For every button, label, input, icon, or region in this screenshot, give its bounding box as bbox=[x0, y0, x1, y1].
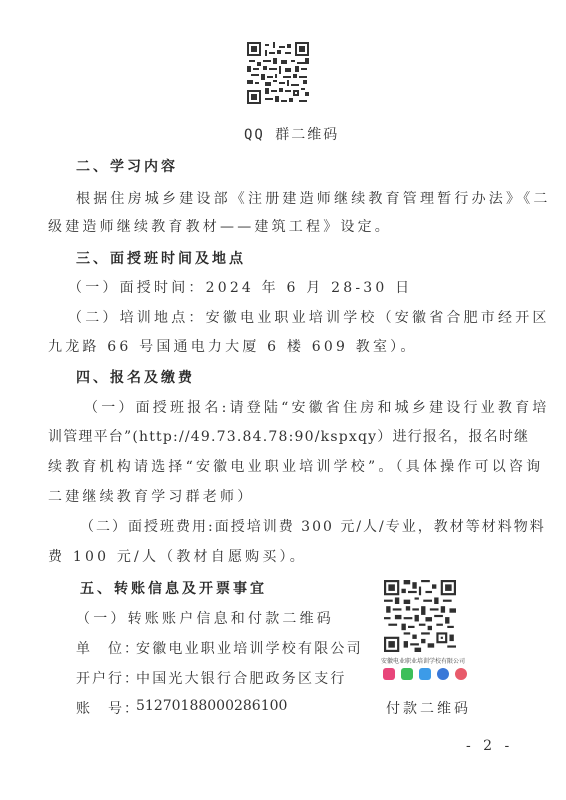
section5-transfer-info-title: （一）转账账户信息和付款二维码 bbox=[76, 608, 334, 628]
section2-paragraph-line-1: 根据住房城乡建设部《注册建造师继续教育管理暂行办法》《二 bbox=[76, 188, 551, 208]
qq-group-qr-code bbox=[247, 42, 309, 104]
unionpay-icon bbox=[383, 668, 395, 680]
payment-qr-code bbox=[384, 580, 456, 652]
account-bank-value: 中国光大银行合肥政务区支行 bbox=[136, 668, 347, 688]
page-number: - 2 - bbox=[466, 738, 513, 754]
wechat-pay-icon bbox=[401, 668, 413, 680]
qr-code-icon bbox=[247, 42, 309, 104]
section3-training-location-line-1: （二）培训地点：安徽电业职业培训学校（安徽省合肥市经开区 bbox=[68, 307, 550, 327]
other-pay-icon bbox=[455, 668, 467, 680]
section2-paragraph-line-2: 级建造师继续教育教材——建筑工程》设定。 bbox=[48, 216, 392, 236]
alipay-icon bbox=[419, 668, 431, 680]
section-heading-study-content: 二、学习内容 bbox=[76, 156, 178, 176]
section4-fees-line-1: （二）面授班费用:面授培训费 300 元/人/专业，教材等材料物料 bbox=[80, 516, 546, 536]
account-unit-value: 安徽电业职业培训学校有限公司 bbox=[136, 638, 363, 658]
section4-registration-line-2: 训管理平台”(http://49.73.84.78:90/kspxqy）进行报名… bbox=[48, 426, 529, 446]
section3-training-time: （一）面授时间：2024 年 6 月 28-30 日 bbox=[68, 277, 412, 297]
section-heading-registration-fees: 四、报名及缴费 bbox=[76, 367, 195, 387]
account-number-label: 账 号： bbox=[76, 698, 140, 718]
payment-qr-company-name: 安徽电业职业培训学校有限公司 bbox=[381, 656, 465, 665]
account-number-value: 51270188000286100 bbox=[136, 698, 287, 714]
account-bank-label: 开户行： bbox=[76, 668, 140, 688]
account-unit-label: 单 位： bbox=[76, 638, 140, 658]
section4-registration-line-3: 续教育机构请选择“安徽电业职业培训学校”。（具体操作可以咨询 bbox=[48, 456, 543, 476]
section4-fees-line-2: 费 100 元/人（教材自愿购买）。 bbox=[48, 546, 307, 566]
section4-registration-line-4: 二建继续教育学习群老师） bbox=[48, 486, 254, 506]
section4-registration-line-1: （一）面授班报名:请登陆“安徽省住房和城乡建设行业教育培 bbox=[84, 397, 549, 417]
payment-qr-caption: 付款二维码 bbox=[386, 698, 471, 718]
section-heading-transfer-invoice: 五、转账信息及开票事宜 bbox=[80, 578, 267, 598]
qr-code-icon bbox=[384, 580, 456, 652]
section3-training-location-line-2: 九龙路 66 号国通电力大厦 6 楼 609 教室）。 bbox=[48, 336, 418, 356]
qq-group-qr-caption: QQ 群二维码 bbox=[244, 124, 339, 144]
document-page: QQ 群二维码 二、学习内容 根据住房城乡建设部《注册建造师继续教育管理暂行办法… bbox=[0, 0, 566, 800]
section-heading-time-location: 三、面授班时间及地点 bbox=[76, 248, 246, 268]
bank-app-icon bbox=[437, 668, 449, 680]
